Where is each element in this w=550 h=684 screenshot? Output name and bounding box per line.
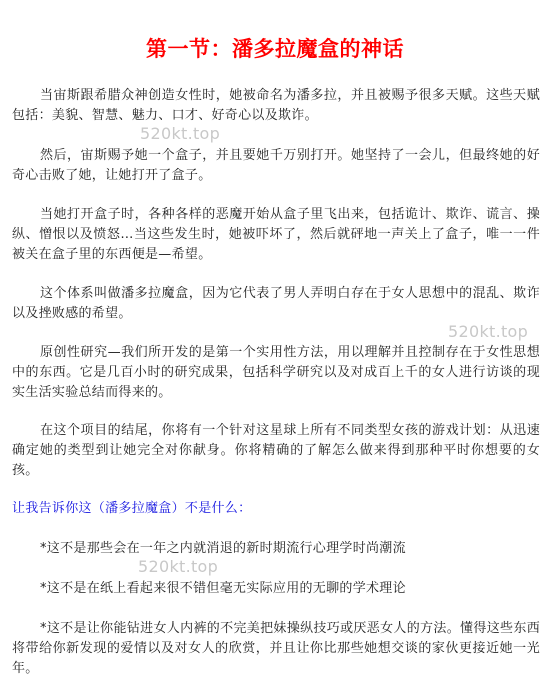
- paragraph-zeus-box: 然后，宙斯赐予她一个盒子，并且要她千万别打开。她坚持了一会儿，但最终她的好奇心击…: [12, 146, 540, 186]
- watermark: 520kt.top: [140, 124, 220, 143]
- paragraph-system-name: 这个体系叫做潘多拉魔盒，因为它代表了男人弄明白存在于女人思想中的混乱、欺诈以及挫…: [12, 284, 540, 324]
- paragraph-project-end: 在这个项目的结尾，你将有一个针对这星球上所有不同类型女孩的游戏计划：从迅速确定她…: [12, 421, 540, 481]
- paragraph-not-pua: *这不是让你能钻进女人内裤的不完美把妹操纵技巧或厌恶女人的方法。懂得这些东西将带…: [12, 619, 540, 679]
- watermark: 520kt.top: [448, 322, 528, 341]
- subheading-what-it-is-not: 让我告诉你这（潘多拉魔盒）不是什么：: [12, 499, 251, 519]
- page-title: 第一节：潘多拉魔盒的神话: [0, 33, 550, 63]
- bullet-item: *这不是那些会在一年之内就消退的新时期流行心理学时尚潮流: [40, 539, 406, 559]
- paragraph-box-opened: 当她打开盒子时，各种各样的恶魔开始从盒子里飞出来，包括诡计、欺诈、谎言、操纵、憎…: [12, 205, 540, 265]
- paragraph-original-research: 原创性研究—我们所开发的是第一个实用性方法，用以理解并且控制存在于女性思想中的东…: [12, 343, 540, 403]
- bullet-item: *这不是在纸上看起来很不错但毫无实际应用的无聊的学术理论: [40, 579, 406, 599]
- paragraph-pandora-creation: 当宙斯跟希腊众神创造女性时，她被命名为潘多拉，并且被赐予很多天赋。这些天赋包括：…: [12, 86, 540, 126]
- document-page: 第一节：潘多拉魔盒的神话 当宙斯跟希腊众神创造女性时，她被命名为潘多拉，并且被赐…: [0, 0, 550, 684]
- watermark: 520kt.top: [138, 557, 218, 576]
